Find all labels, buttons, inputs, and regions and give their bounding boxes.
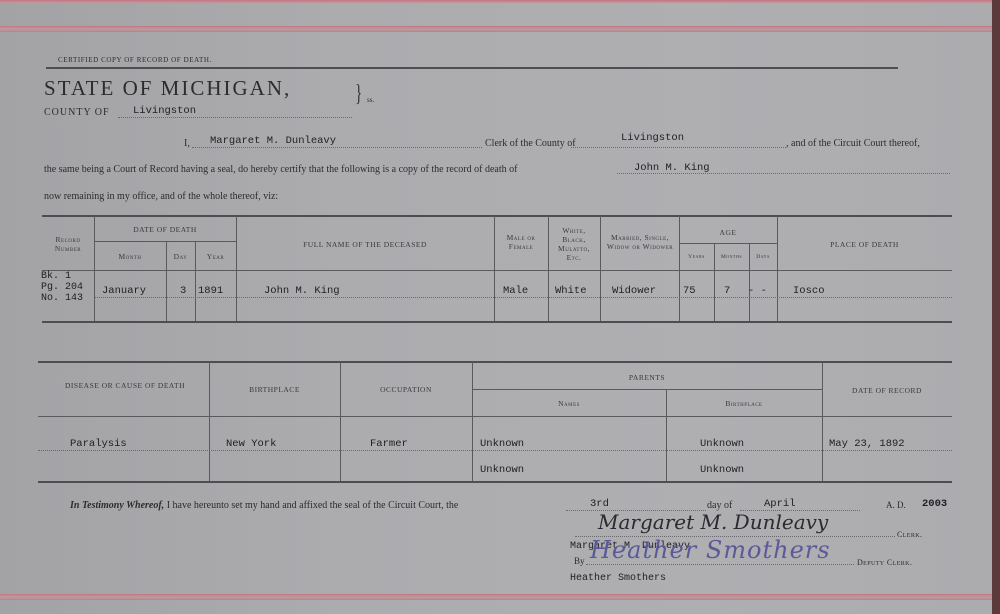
by-label: By: [574, 556, 585, 566]
occupation-field: Farmer: [370, 438, 408, 450]
header-year: Year: [195, 252, 236, 261]
county-label: COUNTY OF: [44, 107, 110, 118]
full-name-field: John M. King: [264, 285, 340, 297]
header-day: Day: [166, 252, 195, 261]
death-day-field: 3: [180, 285, 186, 297]
record-number-field: Bk. 1 Pg. 204 No. 143: [41, 271, 83, 304]
header-age-years: Years: [679, 253, 714, 262]
header-parents: PARENTS: [472, 373, 822, 382]
header-sex: Male or Female: [497, 233, 545, 251]
top-red-rule: [0, 26, 992, 32]
testimony-line: In Testimony Whereof, I have hereunto se…: [70, 500, 458, 511]
header-occupation: OCCUPATION: [340, 385, 472, 394]
testimony-month-field: April: [764, 498, 796, 510]
age-days-field: - -: [748, 285, 767, 297]
header-age-months: Months: [714, 253, 749, 262]
deceased-name-field: John M. King: [634, 162, 710, 174]
top-red-rule-partial: [0, 0, 992, 3]
header-parent-birthplace: Birthplace: [666, 399, 822, 408]
father-name-field: Unknown: [480, 438, 524, 450]
state-title: STATE OF MICHIGAN,: [44, 76, 291, 101]
county-field: Livingston: [133, 105, 196, 117]
birthplace-field: New York: [226, 438, 276, 450]
certification-county-field: Livingston: [621, 132, 684, 144]
clerk-label: Clerk.: [897, 530, 922, 539]
mother-birthplace-field: Unknown: [700, 464, 744, 476]
testimony-text: I have hereunto set my hand and affixed …: [167, 500, 459, 511]
header-marital-status: Married, Single, Widow or Widower: [601, 233, 679, 251]
header-record-number: Record Number: [44, 235, 92, 253]
ad-label: A. D.: [886, 500, 906, 510]
header-place-of-death: PLACE OF DEATH: [777, 240, 952, 249]
header-birthplace: BIRTHPLACE: [209, 385, 340, 394]
death-year-field: 1891: [198, 285, 223, 297]
clerk-signature: Margaret M. Dunleavy: [598, 510, 828, 534]
header-rule: [46, 67, 898, 69]
header-parent-names: Names: [472, 399, 666, 408]
sex-field: Male: [503, 285, 528, 297]
i-label: I,: [184, 138, 190, 149]
header-race: White, Black, Mulatto, Etc.: [550, 226, 598, 262]
deputy-signature: Heather Smothers: [590, 536, 831, 564]
header-age: AGE: [679, 228, 777, 237]
bottom-red-rule: [0, 594, 992, 600]
document-edge: [992, 0, 1000, 614]
clerk-name-field: Margaret M. Dunleavy: [210, 135, 336, 147]
age-years-field: 75: [683, 285, 696, 297]
race-field: White: [555, 285, 587, 297]
testimony-italic: In Testimony Whereof,: [70, 500, 164, 511]
header-month: Month: [94, 252, 166, 261]
brace: }: [355, 80, 362, 108]
place-of-death-field: Iosco: [793, 285, 825, 297]
death-certificate-paper: CERTIFIED COPY OF RECORD OF DEATH. STATE…: [0, 0, 992, 614]
deputy-clerk-label: Deputy Clerk.: [857, 558, 912, 567]
age-months-field: 7: [724, 285, 730, 297]
viz-text: now remaining in my office, and of the w…: [44, 191, 278, 202]
father-birthplace-field: Unknown: [700, 438, 744, 450]
cause-of-death-field: Paralysis: [70, 438, 127, 450]
ss-label: ss.: [367, 96, 374, 104]
clerk-of-county-label: Clerk of the County of: [485, 138, 576, 149]
testimony-day-field: 3rd: [590, 498, 609, 510]
testimony-year-field: 2003: [922, 498, 947, 510]
date-of-record-field: May 23, 1892: [829, 438, 905, 450]
header-date-of-record: DATE OF RECORD: [822, 386, 952, 395]
marital-status-field: Widower: [612, 285, 656, 297]
header-full-name: FULL NAME OF THE DECEASED: [236, 240, 494, 249]
mother-name-field: Unknown: [480, 464, 524, 476]
certify-text: the same being a Court of Record having …: [44, 164, 517, 175]
death-month-field: January: [102, 285, 146, 297]
header-age-days: Days: [749, 253, 777, 262]
circuit-court-text: , and of the Circuit Court thereof,: [786, 138, 920, 149]
header-cause-of-death: DISEASE OR CAUSE OF DEATH: [60, 381, 190, 390]
deputy-typed-name: Heather Smothers: [570, 573, 666, 584]
header-date-of-death: DATE OF DEATH: [94, 225, 236, 234]
form-title: CERTIFIED COPY OF RECORD OF DEATH.: [58, 56, 212, 64]
